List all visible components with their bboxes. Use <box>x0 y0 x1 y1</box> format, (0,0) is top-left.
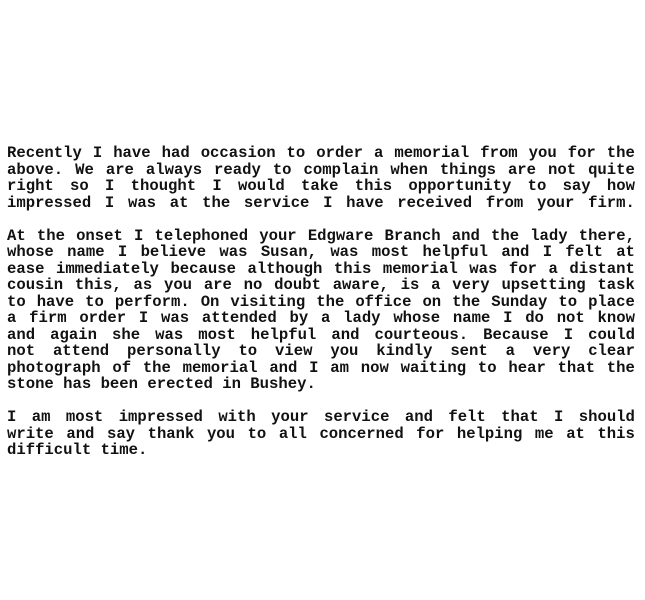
word: concerned <box>319 426 403 443</box>
word: memorial <box>383 261 458 278</box>
word: to <box>248 426 267 443</box>
word: onset <box>76 228 123 245</box>
word: this <box>355 178 392 195</box>
word: I <box>139 310 148 327</box>
word: all <box>279 426 307 443</box>
word: kindly <box>376 343 432 360</box>
word: I <box>93 145 102 162</box>
word: attend <box>53 343 109 360</box>
word: I <box>564 327 573 344</box>
word: aware, <box>333 277 389 294</box>
word: and <box>501 244 529 261</box>
text-line: afirmorderIwasattendedbyaladywhosenameId… <box>7 310 635 327</box>
word: to <box>528 178 547 195</box>
word: thank <box>148 426 195 443</box>
word: memorial <box>183 360 258 377</box>
text-line: andagainshewasmosthelpfulandcourteous.Be… <box>7 327 635 344</box>
word: the <box>607 145 635 162</box>
word: I <box>134 228 143 245</box>
word: from <box>486 195 523 212</box>
word: this <box>597 426 634 443</box>
word: always <box>146 162 202 179</box>
text-line: tohavetoperform.Onvisitingtheofficeonthe… <box>7 294 635 311</box>
word: waiting <box>401 360 467 377</box>
text-line: whosenameIbelievewasSusan,wasmosthelpful… <box>7 244 635 261</box>
text-line: Iammostimpressedwithyourserviceandfeltth… <box>7 409 635 426</box>
word: this, <box>75 277 122 294</box>
word: not <box>7 343 35 360</box>
word: take <box>301 178 338 195</box>
word: write <box>7 426 54 443</box>
paragraph-2: AttheonsetItelephonedyourEdgwareBranchan… <box>7 228 635 393</box>
word: should <box>579 409 635 426</box>
word: at <box>566 426 585 443</box>
word: say <box>563 178 591 195</box>
word: I <box>503 310 512 327</box>
word: was <box>155 327 183 344</box>
word: had <box>162 145 190 162</box>
letter-body: RecentlyIhavehadoccasiontoorderamemorial… <box>7 145 635 475</box>
word: clear <box>588 343 635 360</box>
word: Susan, <box>261 244 317 261</box>
word: Recently <box>7 145 82 162</box>
word: when <box>390 162 427 179</box>
word: was <box>161 310 189 327</box>
word: to <box>558 294 577 311</box>
word: not <box>548 162 576 179</box>
word: opportunity <box>408 178 511 195</box>
text-line: rightsoIthoughtIwouldtakethisopportunity… <box>7 178 635 195</box>
word: to <box>478 360 497 377</box>
word: firm <box>29 310 66 327</box>
word: the <box>491 228 519 245</box>
word: and <box>331 327 359 344</box>
word: I <box>309 360 318 377</box>
word: very <box>533 343 570 360</box>
word: photograph <box>7 360 101 377</box>
word: a <box>548 261 557 278</box>
text-line: stone has been erected in Bushey. <box>7 376 635 393</box>
word: attended <box>202 310 277 327</box>
word: of <box>112 360 131 377</box>
word: and <box>7 327 35 344</box>
word: was <box>219 244 247 261</box>
word: Sunday <box>491 294 547 311</box>
word: courteous. <box>375 327 469 344</box>
word: by <box>290 310 309 327</box>
word: visiting <box>230 294 305 311</box>
word: service <box>324 409 390 426</box>
word: and <box>66 426 94 443</box>
word: I <box>212 178 221 195</box>
word: I <box>7 409 16 426</box>
word: was <box>330 244 358 261</box>
word: lady <box>343 310 380 327</box>
word: name <box>67 244 104 261</box>
word: I <box>105 178 114 195</box>
word: to <box>238 343 257 360</box>
word: from <box>480 145 517 162</box>
text-line: easeimmediatelybecausealthoughthismemori… <box>7 261 635 278</box>
word: doubt <box>274 277 321 294</box>
word: at <box>616 244 635 261</box>
word: ease <box>7 261 44 278</box>
word: to <box>273 162 292 179</box>
word: say <box>107 426 135 443</box>
word: have <box>113 145 150 162</box>
word: I <box>543 244 552 261</box>
word: so <box>70 178 89 195</box>
word: whose <box>393 310 440 327</box>
word: most <box>372 244 409 261</box>
word: a <box>321 310 330 327</box>
word: most <box>66 409 103 426</box>
word: am <box>32 409 51 426</box>
word: hear <box>508 360 545 377</box>
word: now <box>361 360 389 377</box>
word: the <box>202 195 230 212</box>
word: Edgware <box>308 228 374 245</box>
word: the <box>37 228 65 245</box>
word: believe <box>141 244 207 261</box>
word: distant <box>569 261 635 278</box>
word: you <box>164 277 192 294</box>
word: cousin <box>7 277 63 294</box>
word: very <box>452 277 489 294</box>
word: was <box>128 195 156 212</box>
word: know <box>598 310 635 327</box>
word: the <box>143 360 171 377</box>
text-line: notattendpersonallytoviewyoukindlysentav… <box>7 343 635 360</box>
word: to <box>7 294 26 311</box>
word: felt <box>565 244 602 261</box>
word: with <box>218 409 255 426</box>
word: and <box>405 409 433 426</box>
word: Because <box>483 327 549 344</box>
word: again <box>50 327 97 344</box>
word: are <box>204 277 232 294</box>
word: telephoned <box>155 228 249 245</box>
word: most <box>198 327 235 344</box>
word: that <box>558 360 595 377</box>
word: as <box>133 277 152 294</box>
word: memorial <box>394 145 469 162</box>
word: me <box>535 426 554 443</box>
word: occasion <box>201 145 276 162</box>
word: your <box>271 409 308 426</box>
word: office <box>355 294 411 311</box>
word: upsetting <box>501 277 585 294</box>
word: things <box>440 162 496 179</box>
paragraph-1: RecentlyIhavehadoccasiontoorderamemorial… <box>7 145 635 211</box>
word: am <box>330 360 349 377</box>
word: order <box>316 145 363 162</box>
word: order <box>79 310 126 327</box>
word: would <box>238 178 285 195</box>
word: personally <box>127 343 221 360</box>
text-line: cousinthis,asyouarenodoubtaware,isaveryu… <box>7 277 635 294</box>
word: although <box>247 261 322 278</box>
text-line: AttheonsetItelephonedyourEdgwareBranchan… <box>7 228 635 245</box>
word: helpful <box>422 244 488 261</box>
word: immediately <box>56 261 159 278</box>
word: view <box>275 343 312 360</box>
text-line: writeandsaythankyoutoallconcernedforhelp… <box>7 426 635 443</box>
word: a <box>431 277 440 294</box>
word: and <box>269 360 297 377</box>
word: the <box>452 294 480 311</box>
word: service <box>244 195 310 212</box>
word: to <box>287 145 306 162</box>
word: at <box>170 195 189 212</box>
text-line: impressedIwasattheserviceIhavereceivedfr… <box>7 195 635 212</box>
word: was <box>469 261 497 278</box>
word: We <box>75 162 94 179</box>
word: a <box>374 145 383 162</box>
word: I <box>554 409 563 426</box>
word: this <box>334 261 371 278</box>
word: are <box>508 162 536 179</box>
word: thought <box>131 178 197 195</box>
paragraph-3: Iammostimpressedwithyourserviceandfeltth… <box>7 409 635 459</box>
word: you <box>207 426 235 443</box>
word: there, <box>579 228 635 245</box>
word: and <box>452 228 480 245</box>
word: no <box>244 277 263 294</box>
text-line: difficult time. <box>7 442 635 459</box>
word: how <box>607 178 635 195</box>
word: complain <box>304 162 379 179</box>
word: because <box>170 261 236 278</box>
word: At <box>7 228 26 245</box>
word: not <box>557 310 585 327</box>
word: have <box>37 294 74 311</box>
word: helpful <box>251 327 317 344</box>
word: your <box>537 195 574 212</box>
text-line: photographofthememorialandIamnowwaitingt… <box>7 360 635 377</box>
word: task <box>597 277 634 294</box>
word: quite <box>588 162 635 179</box>
word: for <box>509 261 537 278</box>
word: felt <box>448 409 485 426</box>
word: your <box>259 228 296 245</box>
word: I <box>118 244 127 261</box>
word: could <box>588 327 635 344</box>
word: you <box>529 145 557 162</box>
word: On <box>201 294 220 311</box>
word: whose <box>7 244 54 261</box>
word: ready <box>214 162 261 179</box>
word: received <box>397 195 472 212</box>
word: for <box>568 145 596 162</box>
word: place <box>588 294 635 311</box>
word: have <box>346 195 383 212</box>
word: she <box>112 327 140 344</box>
text-line: RecentlyIhavehadoccasiontoorderamemorial… <box>7 145 635 162</box>
word: to <box>85 294 104 311</box>
word: that <box>501 409 538 426</box>
word: Branch <box>384 228 440 245</box>
word: above. <box>7 162 63 179</box>
word: helping <box>457 426 523 443</box>
word: the <box>607 360 635 377</box>
word: lady <box>530 228 567 245</box>
word: I <box>105 195 114 212</box>
word: firm. <box>588 195 635 212</box>
word: a <box>7 310 16 327</box>
word: on <box>422 294 441 311</box>
word: impressed <box>7 195 91 212</box>
word: impressed <box>119 409 203 426</box>
word: for <box>416 426 444 443</box>
word: sent <box>450 343 487 360</box>
word: do <box>525 310 544 327</box>
word: are <box>106 162 134 179</box>
word: right <box>7 178 54 195</box>
word: name <box>453 310 490 327</box>
word: the <box>316 294 344 311</box>
word: a <box>506 343 515 360</box>
word: you <box>330 343 358 360</box>
word: perform. <box>115 294 190 311</box>
word: is <box>401 277 420 294</box>
word: I <box>323 195 332 212</box>
text-line: above.Wearealwaysreadytocomplainwhenthin… <box>7 162 635 179</box>
